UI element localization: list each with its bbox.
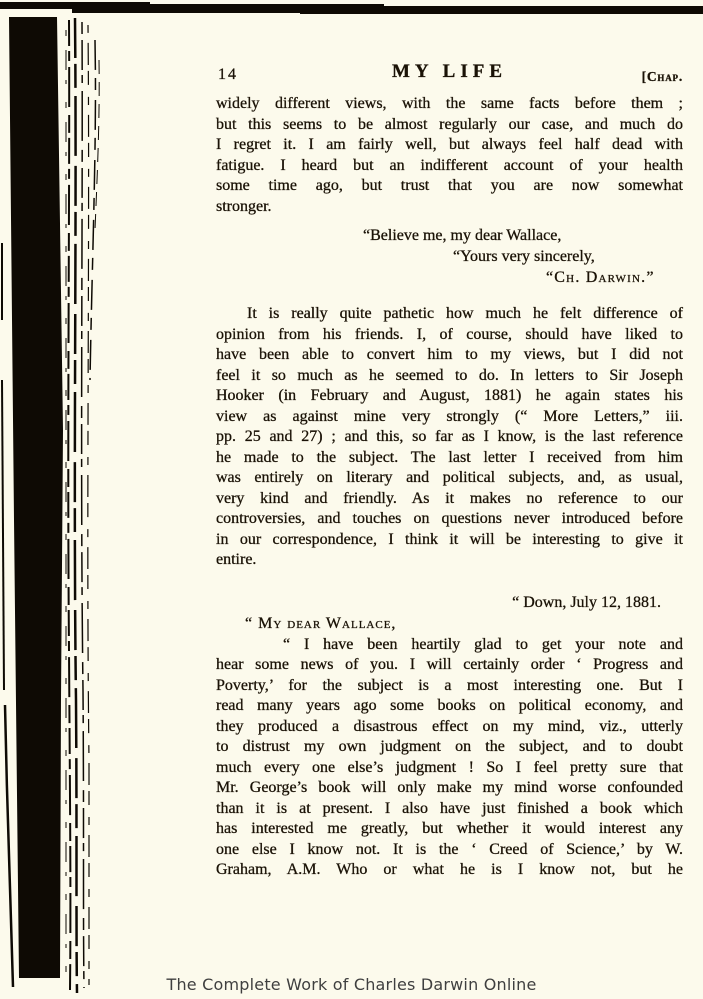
text-line: fatigue. I heard but an indifferent acco… — [216, 156, 683, 177]
text-line: pp. 25 and 27) ; and this, so far as I k… — [216, 427, 683, 448]
site-caption: The Complete Work of Charles Darwin Onli… — [0, 975, 703, 994]
text-line: was entirely on literary and political s… — [216, 468, 683, 489]
text-line: has interested me greatly, but whether i… — [216, 819, 683, 840]
text-line: “Ch. Darwin.” — [216, 267, 683, 288]
text-line: widely different views, with the same fa… — [216, 94, 683, 115]
text-line: he made to the subject. The last letter … — [216, 448, 683, 469]
text-line: Graham, A.M. Who or what he is I know no… — [216, 860, 683, 881]
text-line: Mr. George’s book will only make my mind… — [216, 778, 683, 799]
paragraph-1: widely different views, with the same fa… — [216, 94, 683, 197]
text-line: “ I have been heartily glad to get your … — [216, 635, 683, 656]
scanned-book-page: 14 MY LIFE [Chap. widely different views… — [0, 0, 703, 999]
paragraph-1-last-line: stronger. — [216, 197, 683, 218]
text-line: to distrust my own judgment on the subje… — [216, 737, 683, 758]
letter-body: “ I have been heartily glad to get your … — [216, 635, 683, 881]
letter-salutation: “ My dear Wallace, — [216, 614, 683, 635]
text-line: “Believe me, my dear Wallace, — [216, 225, 683, 246]
text-line: I regret it. I am fairly well, but alway… — [216, 135, 683, 156]
text-line: opinion from his friends. I, of course, … — [216, 325, 683, 346]
page-number: 14 — [218, 65, 238, 86]
text-line: but this seems to be almost regularly ou… — [216, 115, 683, 136]
text-line: hear some news of you. I will certainly … — [216, 655, 683, 676]
running-title: MY LIFE — [216, 62, 683, 83]
text-line: Hooker (in February and August, 1881) he… — [216, 386, 683, 407]
text-line: very kind and friendly. As it makes no r… — [216, 489, 683, 510]
text-line: in our correspondence, I think it will b… — [216, 530, 683, 551]
text-line: “Yours very sincerely, — [216, 246, 683, 267]
text-line: some time ago, but trust that you are no… — [216, 176, 683, 197]
text-line: than it is at present. I also have just … — [216, 799, 683, 820]
text-line: one else I know not. It is the ‘ Creed o… — [216, 840, 683, 861]
text-line: have been able to convert him to my view… — [216, 345, 683, 366]
text-line: feel it so much as he seemed to do. In l… — [216, 366, 683, 387]
text-line: controversies, and touches on questions … — [216, 509, 683, 530]
text-line: much every one else’s judgment ! So I fe… — [216, 758, 683, 779]
letter-date-line: “ Down, July 12, 1881. — [216, 593, 683, 614]
text-line: Poverty,’ for the subject is a most inte… — [216, 676, 683, 697]
letter-closing-block: “Believe me, my dear Wallace,“Yours very… — [216, 225, 683, 288]
text-line: read many years ago some books on politi… — [216, 696, 683, 717]
paragraph-2-last-line: entire. — [216, 550, 683, 571]
page-header: 14 MY LIFE [Chap. — [216, 62, 683, 85]
text-line: view as against mine very strongly (“ Mo… — [216, 407, 683, 428]
text-line: they produced a disastrous effect on my … — [216, 717, 683, 738]
page-text-column: 14 MY LIFE [Chap. widely different views… — [216, 62, 683, 881]
chapter-label: [Chap. — [642, 67, 683, 88]
paragraph-2: It is really quite pathetic how much he … — [216, 304, 683, 550]
text-line: It is really quite pathetic how much he … — [216, 304, 683, 325]
